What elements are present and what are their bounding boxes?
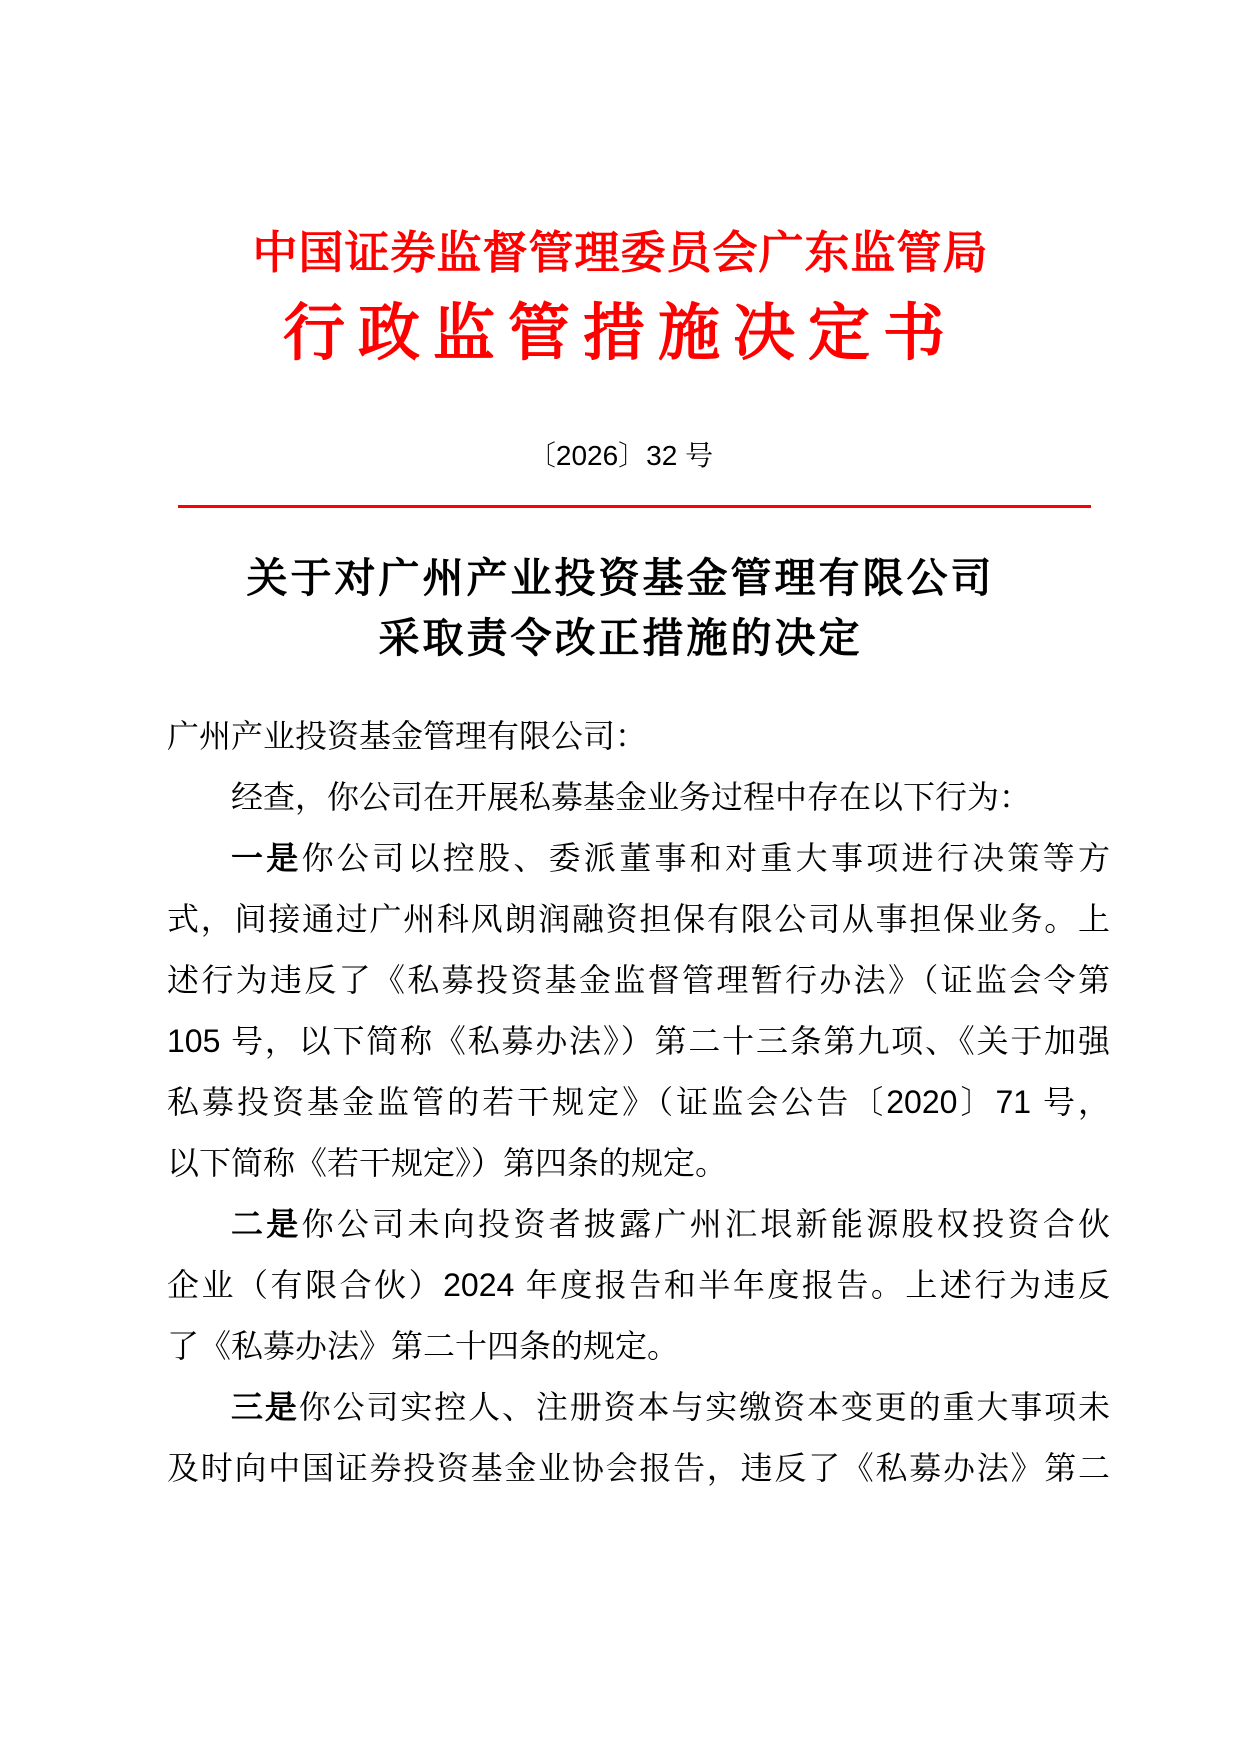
body-line: 式，间接通过广州科风朗润融资担保有限公司从事担保业务。上 (167, 889, 1110, 950)
body-line: 及时向中国证券投资基金业协会报告，违反了《私募办法》第二 (167, 1438, 1110, 1499)
issuing-authority-title: 中国证券监督管理委员会广东监管局 (0, 226, 1241, 280)
body-line: 企业（有限合伙）2024 年度报告和半年度报告。上述行为违反 (167, 1255, 1110, 1316)
body-line: 经查，你公司在开展私募基金业务过程中存在以下行为： (167, 767, 1110, 828)
document-page: 中国证券监督管理委员会广东监管局 行政监管措施决定书 〔2026〕32 号 关于… (0, 0, 1241, 1754)
paragraph-lead-bold: 三是 (231, 1389, 299, 1425)
body-line: 了《私募办法》第二十四条的规定。 (167, 1316, 1110, 1377)
body-line: 三是你公司实控人、注册资本与实缴资本变更的重大事项未 (167, 1377, 1110, 1438)
body-line: 广州产业投资基金管理有限公司： (167, 706, 1110, 767)
red-divider-line (178, 505, 1091, 508)
document-type-title: 行政监管措施决定书 (0, 295, 1241, 373)
decision-title: 关于对广州产业投资基金管理有限公司 采取责令改正措施的决定 (0, 548, 1241, 668)
document-number: 〔2026〕32 号 (0, 438, 1241, 474)
body-line: 私募投资基金监管的若干规定》（证监会公告〔2020〕71 号， (167, 1072, 1110, 1133)
document-body: 广州产业投资基金管理有限公司：经查，你公司在开展私募基金业务过程中存在以下行为：… (167, 706, 1110, 1499)
decision-title-line1: 关于对广州产业投资基金管理有限公司 (0, 548, 1241, 608)
paragraph-lead-bold: 一是 (231, 840, 302, 876)
body-line: 一是你公司以控股、委派董事和对重大事项进行决策等方 (167, 828, 1110, 889)
decision-title-line2: 采取责令改正措施的决定 (0, 608, 1241, 668)
body-line: 述行为违反了《私募投资基金监督管理暂行办法》（证监会令第 (167, 950, 1110, 1011)
body-line: 以下简称《若干规定》）第四条的规定。 (167, 1133, 1110, 1194)
paragraph-lead-bold: 二是 (231, 1206, 302, 1242)
body-line: 105 号，以下简称《私募办法》）第二十三条第九项、《关于加强 (167, 1011, 1110, 1072)
body-line: 二是你公司未向投资者披露广州汇垠新能源股权投资合伙 (167, 1194, 1110, 1255)
